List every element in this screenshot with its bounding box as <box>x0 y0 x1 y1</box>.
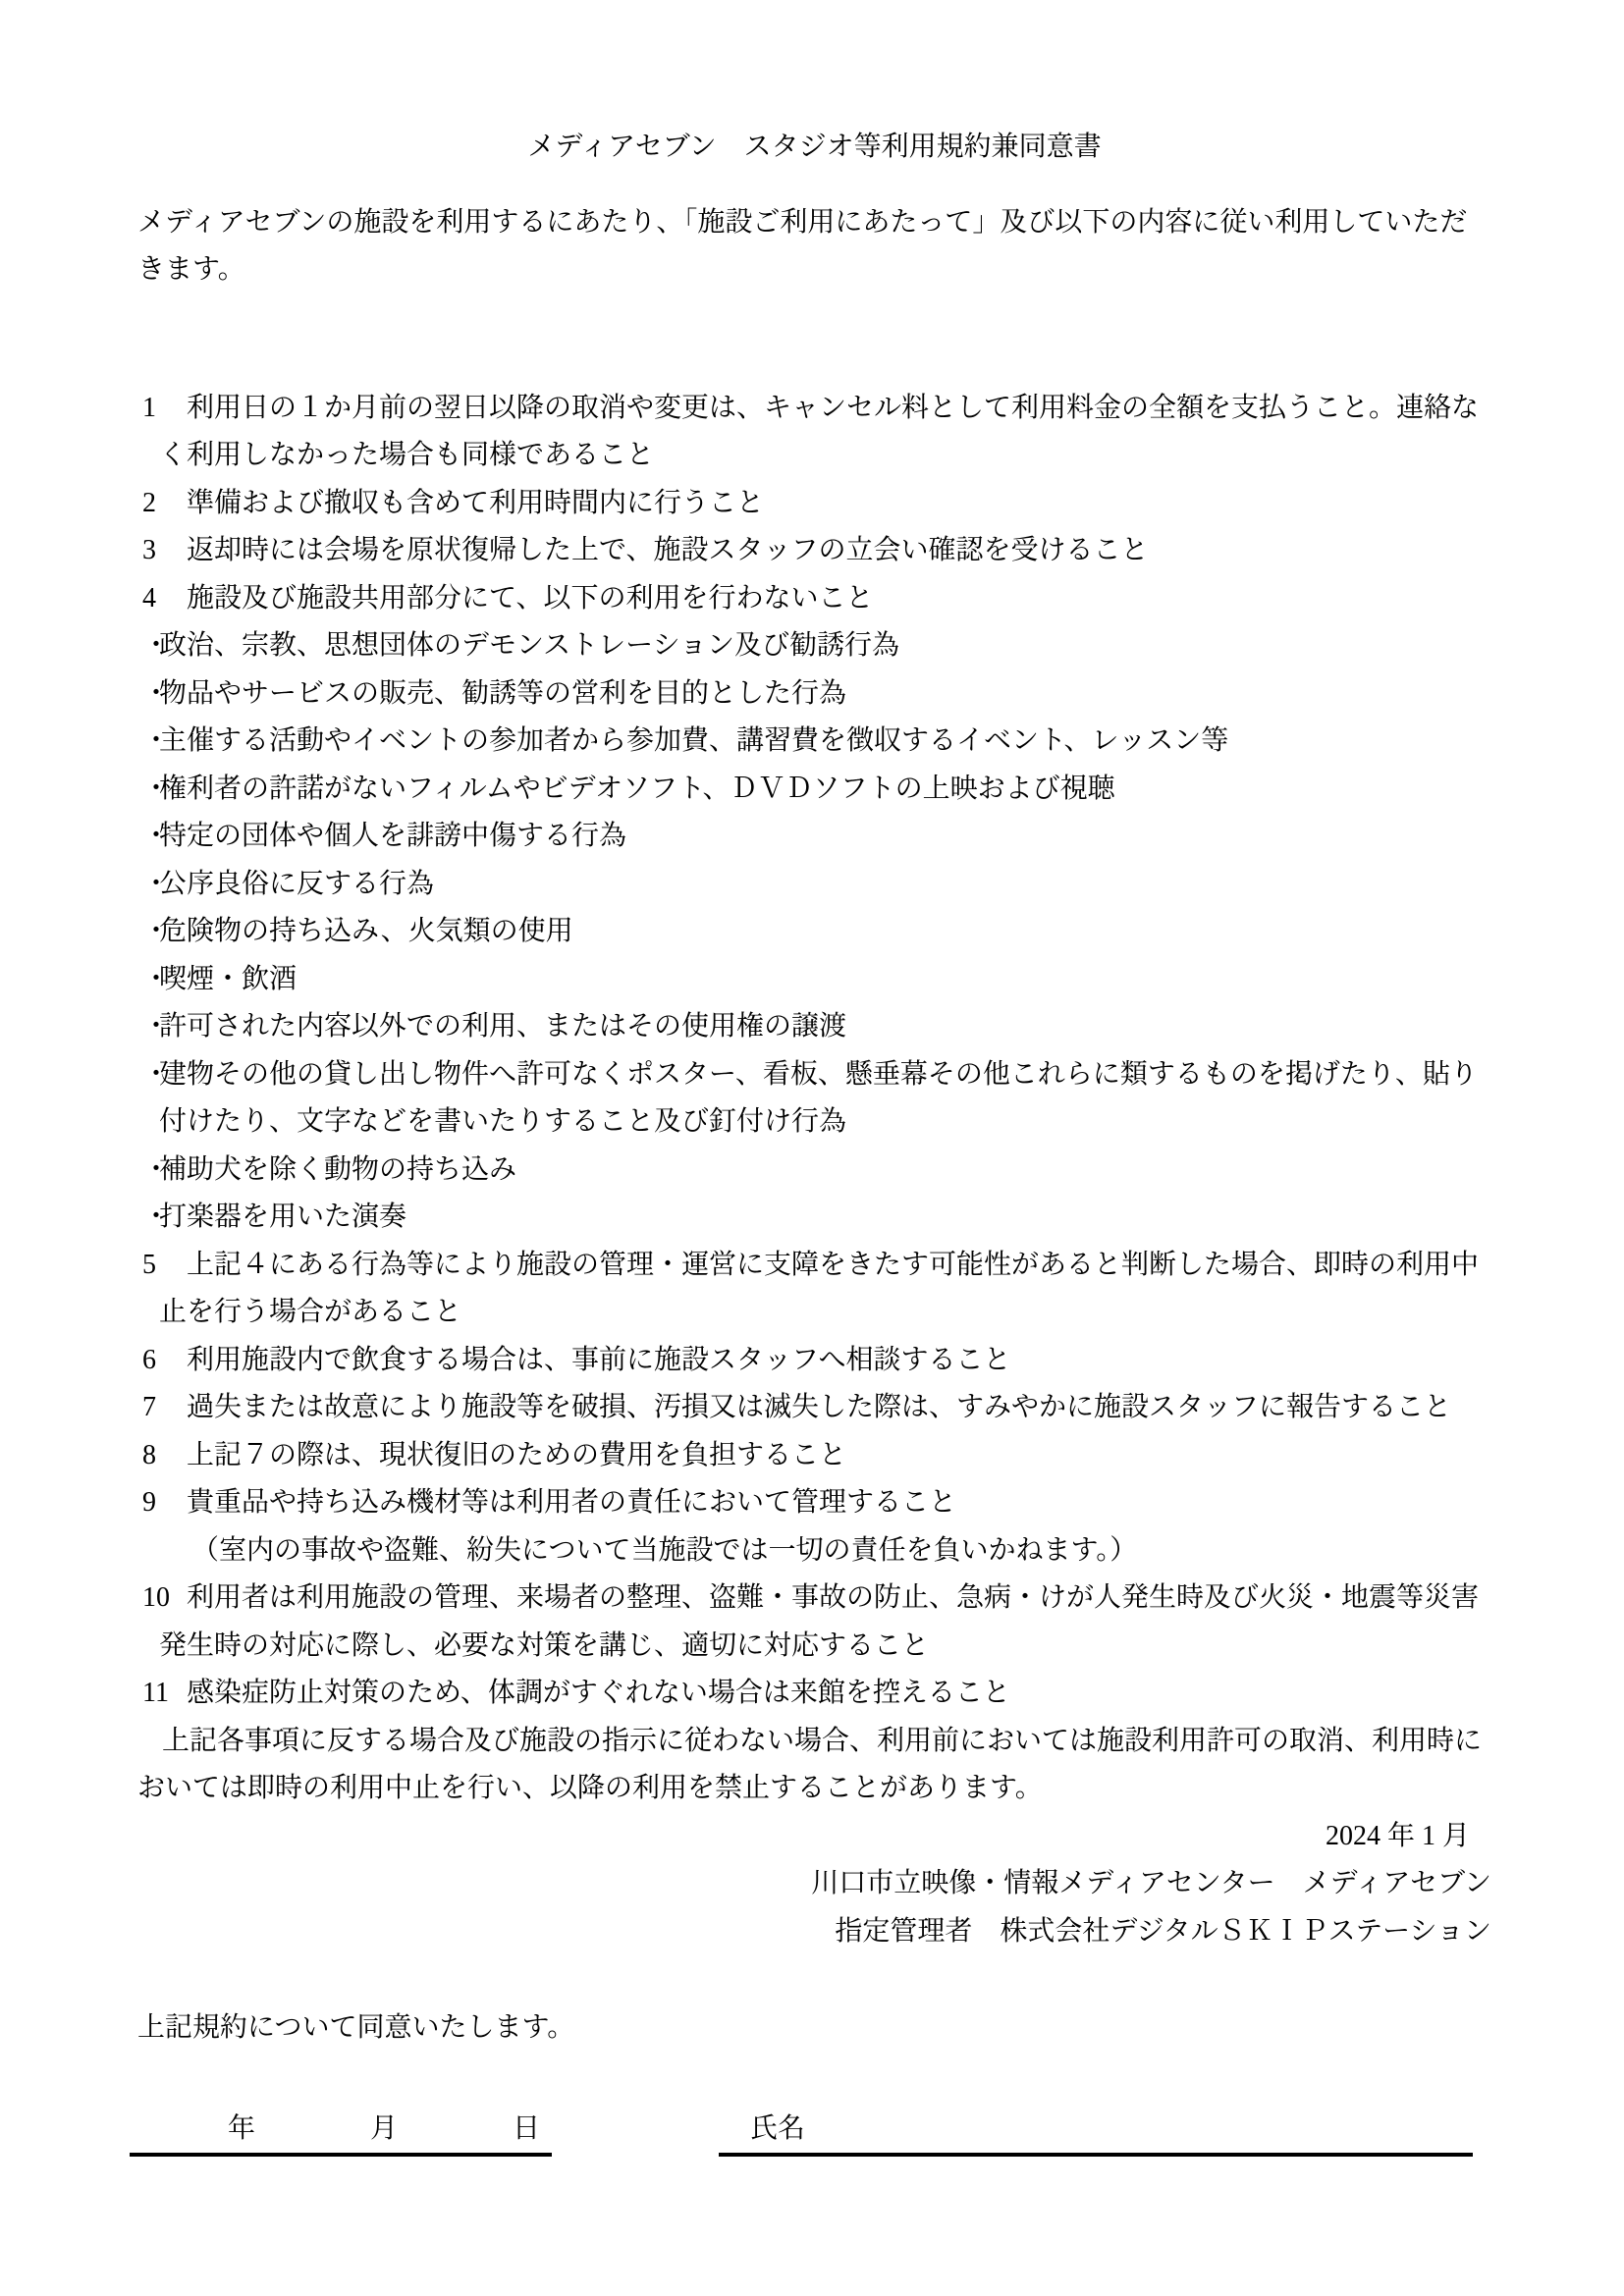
rule-number: 4 <box>142 575 156 623</box>
rule-9-note: （室内の事故や盗難、紛失について当施設では一切の責任を負いかねます。） <box>191 1527 1491 1575</box>
prohibited-text: 政治、宗教、思想団体のデモンストレーション及び勧誘行為 <box>159 630 899 661</box>
bullet-marker: ・ <box>142 1147 170 1195</box>
rule-item-11: 11感染症防止対策のため、体調がすぐれない場合は来館を控えること <box>137 1670 1491 1718</box>
intro-paragraph: メディアセブンの施設を利用するにあたり、「施設ご利用にあたって」及び以下の内容に… <box>137 199 1491 294</box>
consent-statement: 上記規約について同意いたします。 <box>137 2004 1491 2053</box>
day-label: 日 <box>513 2109 540 2149</box>
prohibited-item: ・補助犬を除く動物の持ち込み <box>137 1147 1491 1195</box>
rule-item-8: 8上記７の際は、現状復旧のための費用を負担すること <box>137 1432 1491 1480</box>
rule-text: 感染症防止対策のため、体調がすぐれない場合は来館を控えること <box>187 1678 1010 1708</box>
organization-name: 川口市立映像・情報メディアセンター メディアセブン <box>137 1860 1491 1908</box>
prohibited-text: 危険物の持ち込み、火気類の使用 <box>159 916 573 946</box>
bullet-marker: ・ <box>142 1194 170 1242</box>
rule-item-2: 2準備および撤収も含めて利用時間内に行うこと <box>137 480 1491 528</box>
bullet-marker: ・ <box>142 766 170 814</box>
rule-text: 過失または故意により施設等を破損、汚損又は滅失した際は、すみやかに施設スタッフに… <box>187 1392 1451 1422</box>
prohibited-item: ・打楽器を用いた演奏 <box>137 1194 1491 1242</box>
rule-number: 3 <box>142 527 156 575</box>
document-page: メディアセブン スタジオ等利用規約兼同意書 メディアセブンの施設を利用するにあた… <box>0 0 1624 2296</box>
closing-paragraph: 上記各事項に反する場合及び施設の指示に従わない場合、利用前においては施設利用許可… <box>137 1718 1491 1813</box>
bullet-marker: ・ <box>142 956 170 1004</box>
prohibited-text: 特定の団体や個人を誹謗中傷する行為 <box>159 821 626 851</box>
rule-item-5: 5上記４にある行為等により施設の管理・運営に支障をきたす可能性があると判断した場… <box>137 1242 1491 1337</box>
issue-date: 2024 年 1 月 <box>137 1813 1470 1861</box>
rule-number: 2 <box>142 480 156 528</box>
bullet-marker: ・ <box>142 1003 170 1051</box>
year-label: 年 <box>228 2109 255 2149</box>
prohibited-item: ・政治、宗教、思想団体のデモンストレーション及び勧誘行為 <box>137 622 1491 670</box>
bullet-marker: ・ <box>142 718 170 766</box>
bullet-marker: ・ <box>142 813 170 861</box>
rule-number: 5 <box>142 1242 156 1290</box>
bullet-marker: ・ <box>142 622 170 670</box>
rule-item-9: 9貴重品や持ち込み機材等は利用者の責任において管理すること <box>137 1479 1491 1527</box>
rule-text: 利用日の１か月前の翌日以降の取消や変更は、キャンセル料として利用料金の全額を支払… <box>159 393 1479 471</box>
rule-item-4: 4施設及び施設共用部分にて、以下の利用を行わないこと <box>137 575 1491 623</box>
bullet-marker: ・ <box>142 908 170 956</box>
bullet-marker: ・ <box>142 1051 170 1099</box>
rule-number: 1 <box>142 385 156 433</box>
rule-number: 8 <box>142 1432 156 1480</box>
prohibited-item: ・物品やサービスの販売、勧誘等の営利を目的とした行為 <box>137 670 1491 719</box>
prohibited-text: 補助犬を除く動物の持ち込み <box>159 1154 516 1185</box>
issuer-block: 2024 年 1 月 川口市立映像・情報メディアセンター メディアセブン 指定管… <box>137 1813 1491 1956</box>
rule-number: 7 <box>142 1384 156 1432</box>
rules-list: 1利用日の１か月前の翌日以降の取消や変更は、キャンセル料として利用料金の全額を支… <box>137 385 1491 1813</box>
rule-text: 上記４にある行為等により施設の管理・運営に支障をきたす可能性があると判断した場合… <box>159 1250 1479 1328</box>
name-label: 氏名 <box>750 2113 805 2144</box>
rule-text: 準備および撤収も含めて利用時間内に行うこと <box>187 488 764 518</box>
prohibited-text: 主催する活動やイベントの参加者から参加費、講習費を徴収するイベント、レッスン等 <box>159 725 1228 756</box>
prohibited-item: ・危険物の持ち込み、火気類の使用 <box>137 908 1491 956</box>
signature-row: 年 月 日 氏名 <box>130 2109 1491 2157</box>
rule-number: 9 <box>142 1479 156 1527</box>
prohibited-item: ・権利者の許諾がないフィルムやビデオソフト、ＤＶＤソフトの上映および視聴 <box>137 766 1491 814</box>
prohibited-item: ・特定の団体や個人を誹謗中傷する行為 <box>137 813 1491 861</box>
prohibited-item: ・建物その他の貸し出し物件へ許可なくポスター、看板、懸垂幕その他これらに類するも… <box>137 1051 1491 1147</box>
rule-item-3: 3返却時には会場を原状復帰した上で、施設スタッフの立会い確認を受けること <box>137 527 1491 575</box>
prohibited-item: ・喫煙・飲酒 <box>137 956 1491 1004</box>
rule-text: 上記７の際は、現状復旧のための費用を負担すること <box>187 1440 846 1470</box>
prohibited-text: 許可された内容以外での利用、またはその使用権の譲渡 <box>159 1011 846 1041</box>
designated-manager: 指定管理者 株式会社デジタルＳＫＩＰステーション <box>137 1908 1491 1956</box>
prohibited-text: 物品やサービスの販売、勧誘等の営利を目的とした行為 <box>159 678 846 709</box>
rule-text: 利用者は利用施設の管理、来場者の整理、盗難・事故の防止、急病・けが人発生時及び火… <box>159 1582 1479 1661</box>
page-title: メディアセブン スタジオ等利用規約兼同意書 <box>137 124 1491 172</box>
prohibited-text: 喫煙・飲酒 <box>159 964 297 994</box>
rule-text: 施設及び施設共用部分にて、以下の利用を行わないこと <box>187 583 873 614</box>
month-label: 月 <box>370 2109 398 2149</box>
prohibited-text: 権利者の許諾がないフィルムやビデオソフト、ＤＶＤソフトの上映および視聴 <box>159 774 1115 804</box>
name-fill-field[interactable]: 氏名 <box>719 2109 1473 2157</box>
prohibited-item: ・主催する活動やイベントの参加者から参加費、講習費を徴収するイベント、レッスン等 <box>137 718 1491 766</box>
date-fill-field[interactable]: 年 月 日 <box>130 2109 552 2157</box>
rule-item-7: 7過失または故意により施設等を破損、汚損又は滅失した際は、すみやかに施設スタッフ… <box>137 1384 1491 1432</box>
bullet-marker: ・ <box>142 861 170 909</box>
prohibited-item: ・許可された内容以外での利用、またはその使用権の譲渡 <box>137 1003 1491 1051</box>
rule-item-1: 1利用日の１か月前の翌日以降の取消や変更は、キャンセル料として利用料金の全額を支… <box>137 385 1491 480</box>
document-content: メディアセブン スタジオ等利用規約兼同意書 メディアセブンの施設を利用するにあた… <box>0 0 1624 2157</box>
rule-number: 6 <box>142 1337 156 1385</box>
bullet-marker: ・ <box>142 670 170 719</box>
prohibited-text: 打楽器を用いた演奏 <box>159 1201 406 1232</box>
rule-text: 利用施設内で飲食する場合は、事前に施設スタッフへ相談すること <box>187 1345 1010 1375</box>
rule-number: 10 <box>142 1575 170 1623</box>
prohibited-item: ・公序良俗に反する行為 <box>137 861 1491 909</box>
rule-text: 貴重品や持ち込み機材等は利用者の責任において管理すること <box>187 1487 956 1518</box>
rule-number: 11 <box>142 1670 169 1718</box>
rule-item-6: 6利用施設内で飲食する場合は、事前に施設スタッフへ相談すること <box>137 1337 1491 1385</box>
prohibited-text: 建物その他の貸し出し物件へ許可なくポスター、看板、懸垂幕その他これらに類するもの… <box>159 1059 1478 1138</box>
rule-text: 返却時には会場を原状復帰した上で、施設スタッフの立会い確認を受けること <box>187 535 1148 565</box>
rule-item-10: 10利用者は利用施設の管理、来場者の整理、盗難・事故の防止、急病・けが人発生時及… <box>137 1575 1491 1670</box>
prohibited-text: 公序良俗に反する行為 <box>159 869 434 899</box>
